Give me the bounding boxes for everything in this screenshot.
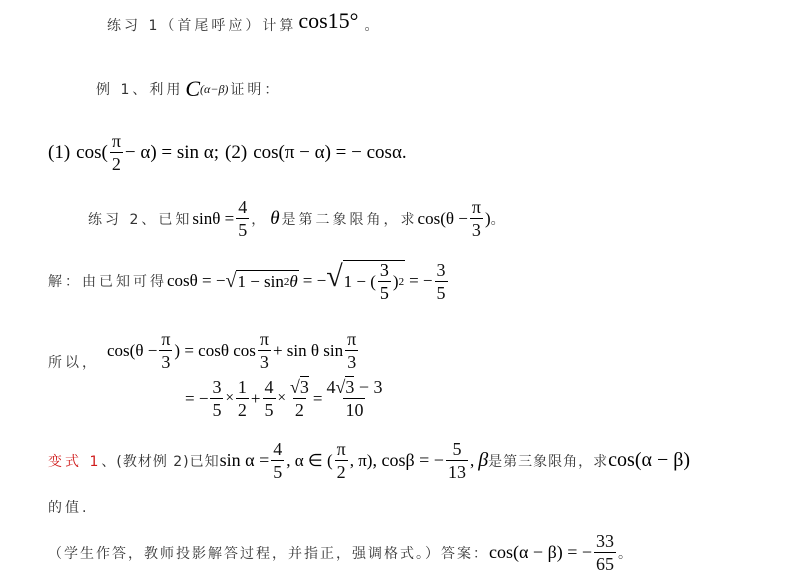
expansion-sin: + sin θ sin <box>273 341 343 361</box>
item-2-expr: cos(π − α) = − cosα. <box>253 142 406 164</box>
numerator: 1 <box>236 378 249 398</box>
exercise-2-end: 。 <box>491 209 508 229</box>
exercise-1: 练习 1（首尾呼应）计算 cos15° 。 <box>107 12 381 38</box>
c-symbol: C <box>185 76 200 102</box>
example-1: 例 1、利用 C (α−β) 证明： <box>96 76 281 102</box>
plus: + <box>251 389 261 409</box>
result-fraction: 3 5 <box>435 261 448 302</box>
denominator: 5 <box>236 218 249 239</box>
equals: = − <box>303 271 326 291</box>
sqrt-1: √ 1 − sin 2 θ <box>225 270 298 293</box>
exercise-1-expr: cos15° <box>298 8 358 34</box>
denominator: 3 <box>345 350 358 371</box>
c-subscript: (α−β) <box>200 82 228 97</box>
therefore-line-1: cos(θ − π3 ) = cosθ cos π3 + sin θ sin π… <box>107 330 360 371</box>
minus-3: − 3 <box>354 377 382 397</box>
numerator: 4 <box>263 378 276 398</box>
variant-tail: 的值. <box>48 497 89 517</box>
radicand: 3 <box>345 376 354 397</box>
variant-source: 、(教材例 2)已知 <box>101 451 219 471</box>
lhs: cos(θ − <box>107 341 157 361</box>
denominator: 5 <box>271 460 284 481</box>
numerator: π <box>470 198 483 218</box>
alpha-range-end: , π) <box>350 451 373 471</box>
coef: 4 <box>326 377 335 397</box>
identities-line: (1) cos( π 2 − α) = sin α; (2) cos(π − α… <box>48 132 407 173</box>
answer-expr: cos(α − β) = − <box>489 542 592 563</box>
answer-end: 。 <box>618 543 635 563</box>
numerator: 5 <box>450 440 463 460</box>
exercise-1-end: 。 <box>364 15 381 35</box>
variant-1: 变式 1 、(教材例 2)已知 sin α = 45 , α ∈ ( π2 , … <box>48 440 690 481</box>
solution-line: 解：由已知可得 cosθ = − √ 1 − sin 2 θ = − √ 1 −… <box>48 260 450 302</box>
beta-symbol: β <box>478 449 488 472</box>
item-1-rhs: − α) = sin α; <box>125 142 219 164</box>
denominator: 65 <box>594 552 616 573</box>
sin-alpha: sin α = <box>220 450 270 471</box>
denominator: 3 <box>159 350 172 371</box>
numerator: π <box>110 132 123 152</box>
times: × <box>278 390 286 407</box>
exercise-2-condition: 是第二象限角，求 <box>282 209 418 229</box>
numerator: π <box>345 330 358 350</box>
therefore-line-2: = − 35 × 12 + 45 × √32 = 4√3 − 310 <box>185 378 387 419</box>
denominator: 2 <box>236 398 249 419</box>
given-sin: sinθ = <box>192 209 234 229</box>
variant-1-line-2: 的值. <box>48 497 89 517</box>
exercise-2: 练习 2、已知 sinθ = 4 5 ， θ 是第二象限角，求 cos(θ − … <box>88 198 508 239</box>
numerator: 4 <box>271 440 284 460</box>
denominator: 5 <box>263 398 276 419</box>
cos-theta-expr: cosθ = − <box>167 271 225 291</box>
fraction-4-5: 4 5 <box>236 198 249 239</box>
variant-target: cos(α − β) <box>608 449 690 472</box>
denominator: 5 <box>378 281 391 302</box>
exercise-2-label: 练习 2、已知 <box>88 209 192 229</box>
numerator: π <box>258 330 271 350</box>
alpha-range: , α ∈ ( <box>286 451 332 471</box>
denominator: 3 <box>258 350 271 371</box>
item-1-number: (1) <box>48 142 70 164</box>
numerator: π <box>159 330 172 350</box>
cos-beta: , cosβ = − <box>372 450 443 471</box>
theta: θ <box>289 272 297 292</box>
fraction-pi-over-2: π 2 <box>110 132 123 173</box>
numerator: 4 <box>236 198 249 218</box>
eq-minus: = − <box>185 389 208 409</box>
sqrt-2: √ 1 − ( 3 5 ) 2 <box>326 260 405 302</box>
fraction-pi-over-3: π 3 <box>470 198 483 239</box>
variant-label: 变式 1 <box>48 451 101 471</box>
expansion-cos: ) = cosθ cos <box>174 341 255 361</box>
denominator: 2 <box>335 460 348 481</box>
sqrt-2-pre: 1 − ( <box>344 272 376 292</box>
item-2-number: (2) <box>225 142 247 164</box>
numerator: 3 <box>378 261 391 281</box>
target-expr: cos(θ − <box>418 209 468 229</box>
comma: , <box>470 451 474 471</box>
denominator: 3 <box>470 218 483 239</box>
therefore-label-line: 所以， <box>48 352 99 372</box>
denominator: 2 <box>110 152 123 173</box>
result-eq: = − <box>409 271 432 291</box>
exponent: 2 <box>399 276 405 288</box>
answer-note: （学生作答，教师投影解答过程，并指正，强调格式。）答案： cos(α − β) … <box>48 532 635 573</box>
separator: ， <box>251 209 268 229</box>
therefore-label: 所以， <box>48 352 99 372</box>
item-1-lhs: cos( <box>76 142 108 164</box>
note-text: （学生作答，教师投影解答过程，并指正，强调格式。）答案： <box>48 543 489 563</box>
sqrt-1-body: 1 − sin <box>237 272 283 292</box>
denominator: 5 <box>435 281 448 302</box>
equals: = <box>313 389 323 409</box>
denominator: 2 <box>293 398 306 419</box>
solution-label: 解：由已知可得 <box>48 271 167 291</box>
theta-symbol: θ <box>270 208 279 230</box>
variant-condition: 是第三象限角，求 <box>488 451 608 471</box>
numerator: 33 <box>594 532 616 552</box>
example-1-label: 例 1、利用 <box>96 79 183 99</box>
numerator: π <box>335 440 348 460</box>
times: × <box>225 390 233 407</box>
denominator: 10 <box>343 398 365 419</box>
numerator: 3 <box>300 376 309 397</box>
denominator: 13 <box>446 460 468 481</box>
numerator: 3 <box>210 378 223 398</box>
numerator: 3 <box>435 261 448 281</box>
example-1-suffix: 证明： <box>230 79 281 99</box>
exercise-1-label: 练习 1（首尾呼应）计算 <box>107 15 296 35</box>
denominator: 5 <box>210 398 223 419</box>
